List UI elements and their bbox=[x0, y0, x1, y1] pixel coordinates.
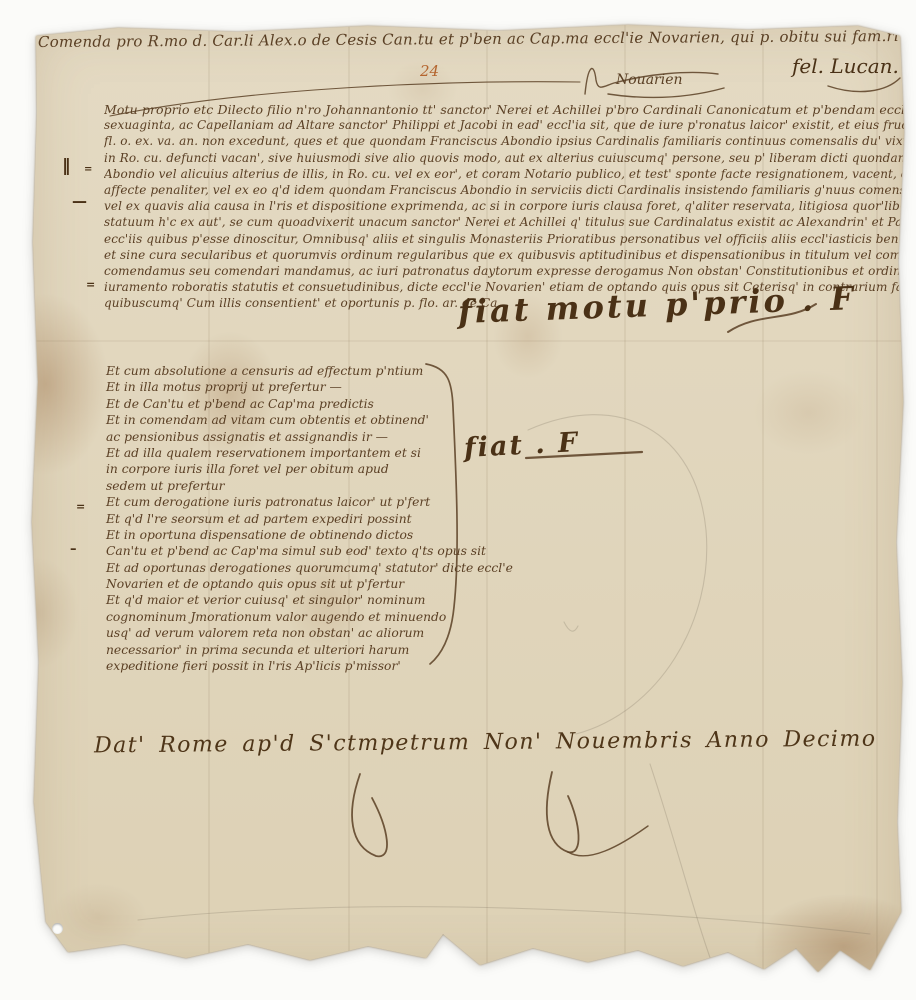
clause-line: Can'tu et p'bend ac Cap'ma simul sub eod… bbox=[106, 544, 466, 560]
clause-line: Et q'd maior et verior cuiusq' et singul… bbox=[106, 593, 466, 609]
registry-note: Nouarien bbox=[616, 72, 683, 88]
clause-line: Et cum absolutione a censuris ad effectu… bbox=[106, 364, 466, 380]
body-text-line: fl. o. ex. va. an. non excedunt, ques et… bbox=[104, 134, 912, 150]
clause-line: ac pensionibus assignatis et assignandis… bbox=[106, 430, 466, 446]
dateline-flourish bbox=[547, 772, 579, 852]
clause-line: Et q'd l're seorsum et ad partem expedir… bbox=[106, 512, 466, 528]
clause-line: Et de Can'tu et p'bend ac Cap'ma predict… bbox=[106, 397, 466, 413]
clause-line: usq' ad verum valorem reta non obstan' a… bbox=[106, 626, 466, 642]
clause-line: Et in illa motus proprij ut prefertur — bbox=[106, 380, 466, 396]
margin-mark: – bbox=[70, 542, 77, 557]
clause-line: Et in oportuna dispensatione de obtinend… bbox=[106, 528, 466, 544]
clause-line: Et cum derogatione iuris patronatus laic… bbox=[106, 495, 466, 511]
clause-line: necessarior' in prima secunda et ulterio… bbox=[106, 643, 466, 659]
margin-mark: = bbox=[84, 164, 92, 175]
body-text-line: vel ex quavis alia causa in l'ris et dis… bbox=[104, 199, 912, 215]
clause-line: Et ad oportunas derogationes quorumcumq'… bbox=[106, 561, 466, 577]
folio-number: 24 bbox=[420, 62, 439, 80]
clause-line: sedem ut prefertur bbox=[106, 479, 466, 495]
body-text-line: in Ro. cu. defuncti vacan', sive huiusmo… bbox=[104, 151, 912, 167]
clause-line: Et ad illa qualem reservationem importan… bbox=[106, 446, 466, 462]
body-text-line: sexuaginta, ac Capellaniam ad Altare san… bbox=[104, 118, 912, 134]
margin-mark: = bbox=[86, 278, 95, 291]
clause-line: Et in comendam ad vitam cum obtentis et … bbox=[106, 413, 466, 429]
clause-line: cognominum Jmorationum valor augendo et … bbox=[106, 610, 466, 626]
margin-mark: — bbox=[72, 192, 85, 210]
clause-line: in corpore iuris illa foret vel per obit… bbox=[106, 462, 466, 478]
body-text-line: comendamus seu comendari mandamus, ac iu… bbox=[104, 264, 912, 280]
body-text-line: affecte penaliter, vel ex eo q'd idem qu… bbox=[104, 183, 912, 199]
paper-hole bbox=[52, 923, 63, 934]
dateline: Dat' Rome ap'd S'ctmpetrum Non' Nouembri… bbox=[94, 727, 877, 759]
body-text-line: ecc'iis quibus p'esse dinoscitur, Omnibu… bbox=[104, 232, 912, 248]
margin-mark: ‖ bbox=[62, 156, 71, 176]
fold-crease-horizontal bbox=[28, 340, 905, 342]
body-text-line: Motu proprio etc Dilecto filio n'ro Joha… bbox=[104, 102, 912, 118]
clause-signature: fiat . F bbox=[463, 427, 580, 464]
secretary-signature: fel. Lucan. bbox=[792, 54, 899, 78]
clause-line: expeditione fieri possit in l'ris Ap'lic… bbox=[106, 659, 466, 675]
body-text-line: statuum h'c ex aut', se cum quoadvixerit… bbox=[104, 215, 912, 231]
clause-list: Et cum absolutione a censuris ad effectu… bbox=[106, 364, 466, 675]
margin-mark: = bbox=[76, 500, 85, 513]
body-text-line: et sine cura secularibus et quorumvis or… bbox=[104, 248, 912, 264]
manuscript-page: Comenda pro R.mo d. Car.li Alex.o de Ces… bbox=[28, 22, 905, 975]
docket-line: Comenda pro R.mo d. Car.li Alex.o de Ces… bbox=[38, 27, 898, 51]
clause-line: Novarien et de optando quis opus sit ut … bbox=[106, 577, 466, 593]
body-text-line: Abondio vel alicuius alterius de illis, … bbox=[104, 167, 912, 183]
dateline-flourish bbox=[352, 774, 387, 856]
paper-sheet: Comenda pro R.mo d. Car.li Alex.o de Ces… bbox=[28, 22, 905, 975]
